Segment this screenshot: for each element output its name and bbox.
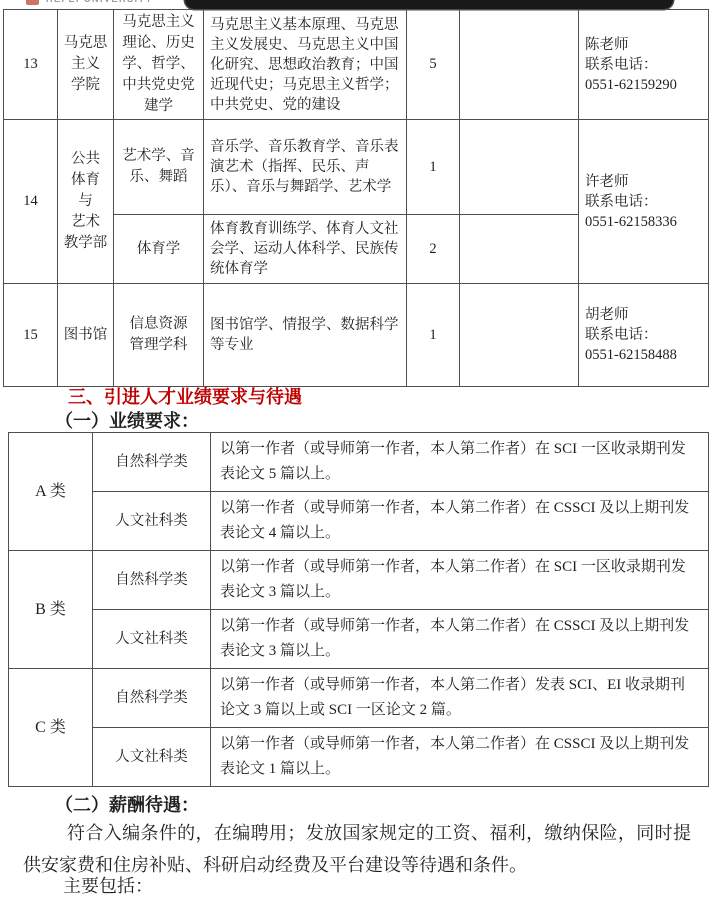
requirement-table: A 类 自然科学类 以第一作者（或导师第一作者，本人第二作者）在 SCI 一区收… [8, 432, 709, 787]
requirement-cell: 以第一作者（或导师第一作者，本人第二作者）发表 SCI、EI 收录期刊论文 3 … [211, 669, 709, 728]
cropped-overlay-bar [185, 0, 673, 9]
requirement-cell: 以第一作者（或导师第一作者，本人第二作者）在 SCI 一区收录期刊发表论文 5 … [211, 433, 709, 492]
class-c-cell: C 类 [9, 669, 93, 787]
class-b-cell: B 类 [9, 551, 93, 669]
count-cell: 1 [407, 284, 460, 387]
requirement-cell: 以第一作者（或导师第一作者，本人第二作者）在 CSSCI 及以上期刊发表论文 4… [211, 492, 709, 551]
discipline-cell: 体育学 [114, 215, 204, 284]
requirement-cell: 以第一作者（或导师第一作者，本人第二作者）在 CSSCI 及以上期刊发表论文 3… [211, 610, 709, 669]
discipline-cell: 信息资源 管理学科 [114, 284, 204, 387]
count-cell: 5 [407, 10, 460, 120]
category-cell: 人文社科类 [93, 610, 211, 669]
table-row: 人文社科类 以第一作者（或导师第一作者，本人第二作者）在 CSSCI 及以上期刊… [9, 492, 709, 551]
category-cell: 自然科学类 [93, 551, 211, 610]
department-cell: 马克思 主义 学院 [58, 10, 114, 120]
department-cell: 公共 体育 与 艺术 教学部 [58, 120, 114, 284]
category-cell: 人文社科类 [93, 728, 211, 787]
class-a-cell: A 类 [9, 433, 93, 551]
table-row: C 类 自然科学类 以第一作者（或导师第一作者，本人第二作者）发表 SCI、EI… [9, 669, 709, 728]
note-cell [460, 284, 579, 387]
contact-cell: 胡老师 联系电话： 0551-62158488 [579, 284, 709, 387]
count-cell: 1 [407, 120, 460, 215]
discipline-cell: 马克思主义理论、历史学、哲学、中共党史党建学 [114, 10, 204, 120]
table-row: 人文社科类 以第一作者（或导师第一作者，本人第二作者）在 CSSCI 及以上期刊… [9, 610, 709, 669]
university-logo-text: HEFEI UNIVERSITY [46, 0, 153, 4]
majors-cell: 马克思主义基本原理、马克思主义发展史、马克思主义中国化研究、思想政治教育；中国近… [204, 10, 407, 120]
requirement-cell: 以第一作者（或导师第一作者，本人第二作者）在 SCI 一区收录期刊发表论文 3 … [211, 551, 709, 610]
majors-cell: 体育教育训练学、体育人文社会学、运动人体科学、民族传统体育学 [204, 215, 407, 284]
note-cell [460, 120, 579, 215]
table-row: 13 马克思 主义 学院 马克思主义理论、历史学、哲学、中共党史党建学 马克思主… [4, 10, 709, 120]
note-cell [460, 10, 579, 120]
department-cell: 图书馆 [58, 284, 114, 387]
note-cell [460, 215, 579, 284]
subsection-performance-title: （一）业绩要求： [55, 407, 199, 433]
table-row: 人文社科类 以第一作者（或导师第一作者，本人第二作者）在 CSSCI 及以上期刊… [9, 728, 709, 787]
discipline-cell: 艺术学、音乐、舞蹈 [114, 120, 204, 215]
table-row: B 类 自然科学类 以第一作者（或导师第一作者，本人第二作者）在 SCI 一区收… [9, 551, 709, 610]
university-logo: HEFEI UNIVERSITY [26, 0, 166, 6]
count-cell: 2 [407, 215, 460, 284]
salary-include-label: 主要包括： [63, 872, 153, 898]
majors-cell: 图书馆学、情报学、数据科学等专业 [204, 284, 407, 387]
table-row: 15 图书馆 信息资源 管理学科 图书馆学、情报学、数据科学等专业 1 胡老师 … [4, 284, 709, 387]
university-logo-icon [26, 0, 39, 5]
contact-cell: 许老师 联系电话： 0551-62158336 [579, 120, 709, 284]
table-row: 14 公共 体育 与 艺术 教学部 艺术学、音乐、舞蹈 音乐学、音乐教育学、音乐… [4, 120, 709, 215]
row-number: 13 [4, 10, 58, 120]
row-number: 15 [4, 284, 58, 387]
section-title: 三、引进人才业绩要求与待遇 [68, 383, 302, 409]
category-cell: 自然科学类 [93, 669, 211, 728]
table-row: A 类 自然科学类 以第一作者（或导师第一作者，本人第二作者）在 SCI 一区收… [9, 433, 709, 492]
subsection-salary-title: （二）薪酬待遇： [55, 791, 199, 817]
requirement-cell: 以第一作者（或导师第一作者，本人第二作者）在 CSSCI 及以上期刊发表论文 1… [211, 728, 709, 787]
majors-cell: 音乐学、音乐教育学、音乐表演艺术（指挥、民乐、声乐）、音乐与舞蹈学、艺术学 [204, 120, 407, 215]
category-cell: 自然科学类 [93, 433, 211, 492]
row-number: 14 [4, 120, 58, 284]
contact-cell: 陈老师 联系电话： 0551-62159290 [579, 10, 709, 120]
category-cell: 人文社科类 [93, 492, 211, 551]
recruitment-table: 13 马克思 主义 学院 马克思主义理论、历史学、哲学、中共党史党建学 马克思主… [3, 9, 709, 387]
